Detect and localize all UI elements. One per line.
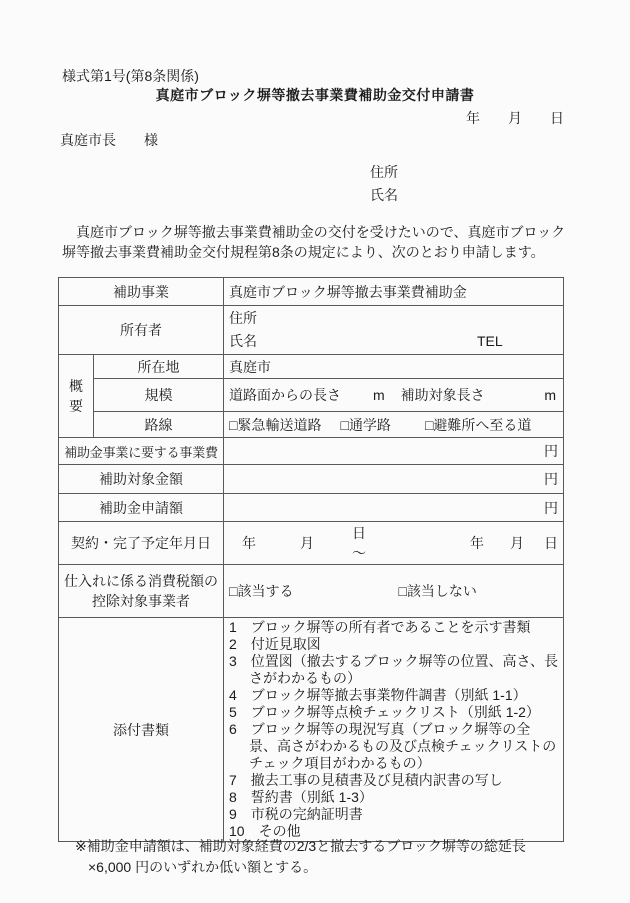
eligible-amount-label: 補助対象金額 [59, 465, 224, 494]
application-table: 補助事業 真庭市ブロック塀等撤去事業費補助金 所有者 住所 氏名TEL 概要 所… [58, 277, 564, 842]
checkbox-icon[interactable]: □ [340, 417, 348, 433]
scale-value-cell: 道路面からの長さ m 補助対象長さ m [224, 379, 564, 412]
tax-option-applicable[interactable]: □該当する [229, 581, 293, 601]
addressee-line: 真庭市長 様 [60, 130, 158, 150]
row-project: 補助事業 真庭市ブロック塀等撤去事業費補助金 [59, 278, 564, 306]
applicant-name-label: 氏名 [370, 184, 398, 207]
intro-paragraph: 真庭市ブロック塀等撤去事業費補助金の交付を受けたいので、真庭市ブロック塀等撤去事… [62, 222, 568, 262]
row-eligible-amount: 補助対象金額 円 [59, 465, 564, 494]
checkbox-icon[interactable]: □ [398, 583, 406, 599]
row-route: 路線 □緊急輸送道路 □通学路 □避難所へ至る道 [59, 412, 564, 438]
route-option-emergency[interactable]: □緊急輸送道路 [229, 415, 321, 435]
attachment-item: 9 市税の完納証明書 [229, 806, 558, 823]
tax-option-label: 該当しない [407, 583, 477, 599]
date-part-day1: 日～ [352, 523, 377, 563]
date-line: 年 月 日 [466, 108, 564, 128]
attachment-item: 7 撤去工事の見積書及び見積内訳書の写し [229, 772, 558, 789]
date-part-month2: 月 [510, 533, 524, 553]
project-value: 真庭市ブロック塀等撤去事業費補助金 [224, 278, 564, 306]
tax-option-not-applicable[interactable]: □該当しない [398, 581, 476, 601]
row-project-cost: 補助金事業に要する事業費 円 [59, 438, 564, 465]
date-part-year1: 年 [242, 533, 256, 553]
owner-label: 所有者 [59, 306, 224, 355]
attachment-item: 1 ブロック塀等の所有者であることを示す書類 [229, 619, 558, 636]
scale-label: 規模 [94, 379, 224, 412]
requested-amount-value: 円 [224, 494, 564, 522]
tax-option-label: 該当する [237, 583, 293, 599]
owner-address-label: 住所 [229, 307, 558, 330]
row-location: 概要 所在地 真庭市 [59, 355, 564, 379]
route-option-label: 緊急輸送道路 [237, 417, 321, 433]
tax-deduction-options-cell: □該当する □該当しない [224, 565, 564, 618]
location-value: 真庭市 [224, 355, 564, 379]
overview-label: 概要 [59, 355, 94, 438]
route-option-label: 通学路 [349, 417, 391, 433]
tax-deduction-label: 仕入れに係る消費税額の 控除対象事業者 [59, 565, 224, 618]
footer-note: ※補助金申請額は、補助対象経費の2/3と撤去するブロック塀等の総延長×6,000… [62, 836, 567, 878]
attachment-item: 3 位置図（撤去するブロック塀等の位置、高さ、長さがわかるもの） [229, 653, 558, 687]
applicant-address-label: 住所 [370, 161, 398, 184]
attachments-label: 添付書類 [59, 618, 224, 842]
subsidy-length-unit: m [544, 387, 556, 403]
owner-tel-label: TEL [477, 330, 503, 353]
date-part-day2: 日 [544, 533, 558, 553]
page-title: 真庭市ブロック塀等撤去事業費補助金交付申請書 [0, 85, 630, 105]
project-cost-label: 補助金事業に要する事業費 [59, 438, 224, 465]
row-attachments: 添付書類 1 ブロック塀等の所有者であることを示す書類 2 付近見取図 3 位置… [59, 618, 564, 842]
attachments-list-cell: 1 ブロック塀等の所有者であることを示す書類 2 付近見取図 3 位置図（撤去す… [224, 618, 564, 842]
date-part-month1: 月 [300, 533, 314, 553]
attachment-item: 4 ブロック塀等撤去事業物件調書（別紙 1-1） [229, 687, 558, 704]
row-requested-amount: 補助金申請額 円 [59, 494, 564, 522]
tax-deduction-label-line1: 仕入れに係る消費税額の [64, 571, 218, 591]
attachment-item: 5 ブロック塀等点検チェックリスト（別紙 1-2） [229, 704, 558, 721]
location-label: 所在地 [94, 355, 224, 379]
subsidy-length-label: 補助対象長さ [401, 385, 485, 405]
row-contract-period: 契約・完了予定年月日 年 月 日～ 年 月 日 [59, 522, 564, 565]
attachment-item: 6 ブロック塀等の現況写真（ブロック塀等の全景、高さがわかるもの及び点検チェック… [229, 721, 558, 772]
eligible-amount-value: 円 [224, 465, 564, 494]
attachment-item: 2 付近見取図 [229, 636, 558, 653]
owner-value-cell: 住所 氏名TEL [224, 306, 564, 355]
contract-period-cell: 年 月 日～ 年 月 日 [224, 522, 564, 565]
project-label: 補助事業 [59, 278, 224, 306]
road-length-unit: m [373, 387, 385, 403]
route-option-shelter[interactable]: □避難所へ至る道 [425, 415, 531, 435]
route-option-school[interactable]: □通学路 [340, 415, 390, 435]
tax-deduction-label-line2: 控除対象事業者 [64, 591, 218, 611]
document-page: 様式第1号(第8条関係) 真庭市ブロック塀等撤去事業費補助金交付申請書 年 月 … [0, 0, 630, 903]
requested-amount-label: 補助金申請額 [59, 494, 224, 522]
row-tax-deduction: 仕入れに係る消費税額の 控除対象事業者 □該当する □該当しない [59, 565, 564, 618]
route-options-cell: □緊急輸送道路 □通学路 □避難所へ至る道 [224, 412, 564, 438]
route-option-label: 避難所へ至る道 [433, 417, 531, 433]
contract-period-label: 契約・完了予定年月日 [59, 522, 224, 565]
attachment-item: 8 誓約書（別紙 1-3） [229, 789, 558, 806]
form-number: 様式第1号(第8条関係) [62, 66, 199, 86]
row-scale: 規模 道路面からの長さ m 補助対象長さ m [59, 379, 564, 412]
road-length-label: 道路面からの長さ [229, 385, 341, 405]
project-cost-value: 円 [224, 438, 564, 465]
row-owner: 所有者 住所 氏名TEL [59, 306, 564, 355]
route-label: 路線 [94, 412, 224, 438]
date-part-year2: 年 [470, 533, 484, 553]
owner-name-label: 氏名 [229, 333, 257, 349]
owner-name-line: 氏名TEL [229, 330, 558, 353]
applicant-block: 住所 氏名 [370, 161, 398, 207]
